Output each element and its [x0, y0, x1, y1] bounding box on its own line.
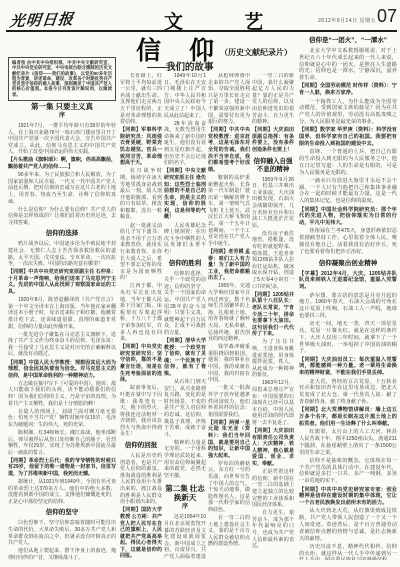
paragraph: 【同期】中国人民大学教授：理想因其远大而为理想，信念因其执着而为信念。对马克思主… — [8, 360, 116, 380]
paragraph: 1949年10月1日，毛泽东在天安门城楼上庄严宣告：中华人民共和国中央人民政府今… — [164, 73, 206, 119]
paragraph: 正是凭着这样的信仰，新中国在一穷二白的基础上建立起独立的比较完整的工业体系和国民… — [252, 469, 294, 509]
paragraph: 【同期】全国劳动模范 时传祥（资料）：宁肯一人脏，换来万家净。 — [299, 83, 397, 97]
section-heading: 第一集 只要主义真 — [8, 102, 116, 111]
paragraph: 【同期】中国社会科学院研究员：那个年代的先进人物，把信仰落实为日常的行动，平凡中… — [299, 207, 397, 227]
paragraph: 【字幕】2012年4月，大庆。1205钻井队队员来到铁人王进喜纪念馆，重温入党誓… — [299, 271, 397, 291]
paragraph: 自力更生、艰苦奋斗，成为那个年代最响亮的口号，也成为共产党人信仰最朴素的表达。 — [252, 510, 294, 550]
paragraph: 人民英雄纪念碑上铭刻着：在历次斗争中牺牲的人民英雄们永垂不朽！ — [164, 223, 206, 256]
paragraph: 【同期】中央党史研究室研究员：坚守信仰，靠的不是豪言壮语，而是在生死考验面前的选… — [120, 344, 162, 384]
paragraph: 他们从地上爬起来，揩干净身上的血迹，掩埋好同伴的尸首，又继续战斗了。 — [8, 548, 116, 560]
paragraph: 1963年12月，周恩来总理庄严宣布：中国需要的石油现在已经可以基本自给，中国人… — [252, 380, 294, 426]
paragraph: 从石库门到天安门，从兴业路到复兴路，变化的是时代场景，不变的是共产党人对信仰的忠… — [164, 379, 206, 438]
section-heading: 信仰融入自强不息的精神 — [252, 158, 294, 174]
paragraph: 【同期】北大荒博物馆讲解员：墙上这五万多个名字，都是长眠在这片黑土地上的拓荒者。… — [299, 407, 397, 427]
paragraph: 【同期】大庆油田员工：每次重温入党誓词，都能感到一种力量。老一辈用生命换来的精神… — [299, 357, 397, 377]
paragraph: 历史川流不息，精神代代相传。信仰的火炬，就这样从一代人手中传递到另一代人手中，照… — [299, 544, 397, 560]
paragraph: 一批先进分子聚集在马克思主义旗帜下，选择了共产主义作为终身奋斗的信仰。毛泽东说：… — [8, 332, 116, 358]
paragraph: 【同期】军事科学院研究员：风雨侵衣骨更硬，野菜充饥志越坚。官兵一致同甘苦，革命理… — [120, 127, 162, 167]
paragraph: 在一穷二白的土地上建设社会主义，靠的是千百万人民群众被信仰点燃的建设热情。 — [208, 515, 250, 548]
paragraph: 从枪林弹雨中走来的共产党人深知，夺取全国胜利只是万里长征走完了第一步。建设一个繁… — [208, 73, 250, 126]
paragraph: 钱学森冲破重重阻挠回到祖国。他说：我的事业在中国，我的成就在中国，我的归宿在中国… — [208, 344, 250, 384]
editor-note-box: 编者按 由中共中央组织部、中共中央文献研究室、中共中央党史研究室、中央电视台联合… — [8, 57, 116, 101]
paragraph: 一穷二白的新中国，靠什么凝聚起亿万人民的力量？靠的正是共产党人的信仰，以及由信仰… — [252, 73, 294, 126]
paragraph: 抗日战争时期，杨靖宇在冰天雪地里孤身奋战到最后一刻。敌人剖开他的腹部，看到的只有… — [120, 168, 162, 221]
paragraph: 鞍钢的高炉重新燃起火焰，长春第一汽车制造厂驶出第一辆解放牌卡车，第一架喷气式飞机… — [208, 175, 250, 248]
paragraph: 1955年，交通大学响应国家号召西迁西安。数千名师生告别繁华的上海，扎根黄土地，… — [208, 283, 250, 342]
headline-genre: （历史文献纪录片） — [220, 47, 292, 58]
paragraph: 没有房子就住地窖、搭帐篷，没有吃的就挖野菜、啃冻馍。王进喜率领1205钻井队人拉… — [252, 231, 294, 290]
paragraph: 【同期】数学家 华罗庚（资料）：科学没有国界，但科学家有自己的祖国。我要把有限的… — [299, 127, 397, 147]
paragraph: 房无一间，地无一垄，青天一顶星星亮，荒原一片篝火红。就是在这样的条件下，大庆人仅… — [299, 321, 397, 355]
masthead-logo: 光明日报 — [9, 8, 81, 30]
paragraph: 一滴水只有放进大海里才永远不会干涸，一个人只有当他把自己和集体事业融合在一起的时… — [299, 178, 397, 205]
section-heading: 信仰的胜利 — [164, 260, 206, 268]
paragraph: 1959年9月26日，松基三井喷出工业油流，大庆油田被发现。石油大会战随即展开，… — [252, 177, 294, 230]
page: 光明日报 文 艺 2012年9月14日 星期五 07 编者按 由中共中央组织部、… — [0, 0, 400, 567]
paragraph: 罗布泊的蘑菇云，东方红一号的乐曲，向世界宣告了中国人的志气。干惊天动地事，做隐姓… — [208, 461, 250, 514]
paragraph: 【同期】革命烈士后代：我的爷爷牺牲的时候只有29岁，他留下的唯一遗物是一封家书，… — [8, 458, 116, 478]
paragraph: 萨尔图，蒙古语的意思是月亮升起的地方。1960年春天，石油大会战的号角在这片荒原… — [299, 293, 397, 320]
paragraph: 28年浴血奋战，无数先烈用生命换来了新中国的诞生。他们没有看到五星红旗升起，但历… — [164, 121, 206, 167]
page-date: 2012年9月14日 星期五 — [318, 17, 376, 24]
paragraph: 一批又一批海外学子放弃优越条件回国效力，他们怀着同样的信念：祖国需要我们。 — [208, 385, 250, 418]
paragraph: 1921年7月，一群平均年龄只有28岁的年轻人，在上海兴业路76号一栋石库门楼房… — [8, 123, 116, 156]
paragraph: 鸦片战争以后，中国逐步沦为半殖民地半封建社会，无数仁人志士苦苦探求救国救民的道路… — [8, 241, 116, 267]
paragraph: 【同期】中共中央党史研究室原副主任 石仲泉：十月革命一声炮响，给我们送来了马克思… — [8, 269, 116, 295]
middle-column-1: 长征路上，红军将士平均每前进一公里，就有三四名战士献出生命。支撑他们走完两万五千… — [120, 73, 162, 560]
section-heading: 第二集 壮志换新天 — [164, 484, 206, 502]
paragraph: 【同期】清华大学教授：一个政党有了信仰，就有了灵魂；一个民族有了信仰，就有了脊梁… — [164, 338, 206, 378]
paragraph: 【同期】两弹一星元勋 朱光亚（资料）：我们当年回国，就是要用自己的知识，让新中国… — [208, 420, 250, 460]
middle-column-4: 一穷二白的新中国，靠什么凝聚起亿万人民的力量？靠的正是共产党人的信仰，以及由信仰… — [252, 73, 294, 560]
paragraph: 白色恐怖下，坚守信仰意味着随时可能付出生命的代价。大革命失败后，30多万共产党人… — [8, 520, 116, 546]
section-heading: 信仰的坚守 — [8, 509, 116, 517]
paragraph: 90多年来，为了民族独立和人民解放，为了国家富强和人民幸福，一代又一代中国共产党… — [8, 172, 116, 205]
editor-note: 编者按 由中共中央组织部、中共中央文献研究室、中共中央党史研究室、中央电视台联合… — [12, 60, 112, 97]
paragraph: 赵一曼就义前给儿子写下遗书：母亲不用千言万语来教育你，就用实行来教育你。在你长大… — [120, 223, 162, 282]
right-column: 信仰是“一团火”、“一潭水”北京大学中文系教授谢冕说，对于上世纪五六十年代成长起… — [299, 33, 397, 560]
paragraph: 一个掏粪工人，为什么能成为全国劳动模范，受到国家主席的接见？因为在共产党人的价值… — [299, 99, 397, 126]
section-heading: 信仰是“一团火”、“一潭水” — [299, 37, 397, 45]
paragraph: 精神的力量是无穷的。一个用科学理论武装起来、用崇高信仰凝聚起来的政党，必然无坚不… — [164, 440, 206, 480]
paragraph: 在敌人的刑场上，刘胡兰面对铡刀毫无惧色：怕死不当共产党！牺牲时她年仅15岁。毛泽… — [8, 409, 116, 429]
paragraph: 皖南事变后，叶挺在狱中写下囚歌：我希望有一天，地下的烈火，将我连这活棺材一齐烧掉… — [120, 385, 162, 438]
paragraph: 北大荒，曾经的亘古荒原。十万转业官兵和知识青年在这里屯垦戍边，把北大荒变成了北大… — [299, 379, 397, 406]
paragraph: 信仰不是抽象的概念，它体现在每一个共产党员的具体行动中。在建设年代，信仰就是多打… — [299, 458, 397, 485]
paragraph: 【同期】1205钻井队第十八任队长：老队长常说，宁肯少活二十年，拼命也要拿下大油… — [252, 292, 294, 338]
section-heading: 信仰的回报 — [120, 442, 162, 450]
paragraph: 这是1954年10月在北京展览馆开幕的苏联经济及文化建设成就展览会。新中国成立之… — [164, 514, 206, 560]
paragraph: 【同期】老劳模 孟泰：咱们工人有力量！为了新中国的工业，我把命都豁出去了。 — [208, 249, 250, 282]
paragraph: 方志敏在狱中写下《可爱的中国》。他说：敌人只能砍下我们的头颅，决不能动摇我们的信… — [8, 381, 116, 407]
section-heading: 信仰凝聚出创业精神 — [299, 260, 397, 268]
paragraph: 【同期】国防大学教授 公方彬：共产党人把人民写在自己的旗帜上，人民就把共产党高高… — [120, 507, 162, 560]
paragraph: 长征路上，红军将士平均每前进一公里，就有三四名战士献出生命。支撑他们走完两万五千… — [120, 73, 162, 126]
middle-column-2: 1949年10月1日，毛泽东在天安门城楼上庄严宣告：中华人民共和国中央人民政府今… — [164, 73, 206, 560]
paragraph: 【片头歌曲《旗帜颂》：啊，旗帜，你高高飘扬，飘扬着共产党人的信仰……】 — [8, 157, 116, 170]
headline-subtitle: ——我们的故事 — [147, 59, 214, 73]
paragraph: 【同期】中央文献研究室原主任 逄先知：这些烈士临刑前想的不是自己的生命，而是主义… — [164, 168, 206, 221]
paragraph: 北京大学中文系教授谢冕说，对于上世纪五六十年代成长起来的一代人来说，信仰就是心中… — [299, 48, 397, 82]
paragraph: 陈树湘，红34师师长。湘江血战，他率部断后，弹尽被俘后从伤口处绞断自己的肠子，壮… — [8, 430, 116, 456]
paragraph: 雷锋，一个普通的士兵，把自己有限的生命投入到无限的为人民服务之中。他在日记里写道… — [299, 149, 397, 176]
paragraph: 【同期】大庆油田有限责任公司负责人：大庆精神、铁人精神，核心就是爱国、创业、求实… — [252, 428, 294, 468]
paragraph: 江西于都，中央红军长征出发地。当年于都人民拆下自家门板、床板帮红军架起浮桥，十万… — [120, 283, 162, 342]
left-column: 第一集 只要主义真序1921年7月，一群平均年龄只有28岁的年轻人，在上海兴业路… — [8, 97, 116, 560]
paragraph: 信仰的选择，关乎一个政党的前途；信仰的坚守，关乎一个国家的命运。中国共产党人用2… — [164, 271, 206, 337]
section-heading: 信仰的选择 — [8, 230, 116, 238]
section-heading: 序 — [164, 504, 206, 511]
paragraph: 【同期】中共中央党史研究室专家：创业精神是信仰在建设时期的集中体现，它让一个古老… — [299, 487, 397, 507]
paragraph: 据统计，从1921年到1949年，全国有名可查的革命烈士达370多万人。他们中的… — [8, 479, 116, 505]
middle-column-3: 从枪林弹雨中走来的共产党人深知，夺取全国胜利只是万里长征走完了第一步。建设一个繁… — [208, 73, 250, 560]
paragraph: 人民是历史的创造者，也是共产党人信仰的源泉。淮海战役的胜利是人民群众用小车推出来… — [120, 453, 162, 506]
paragraph: 从大庆到北大荒，从红旗渠到成昆铁路，共产党人带领人民创造了一个又一个人间奇迹。奇… — [299, 508, 397, 542]
paragraph: 红旗渠，太行山上的人工天河。林县人民苦战十年，削平1250座山头，凿通211个隧… — [299, 429, 397, 456]
paragraph: 什么是信仰？为什么要有信仰？共产党人的信仰是怎样炼成的？让我们沿着历史的足迹，去… — [8, 207, 116, 227]
section-heading: 序 — [8, 113, 116, 120]
paragraph: 【同期】大庆油田原副总指挥：有条件要上，没有条件创造条件也要上！ — [252, 127, 294, 153]
page-number: 07 — [377, 6, 397, 27]
paragraph: 1920年8月，陈望道翻译的《共产党宣言》第一个中文全译本在上海出版。当年他在家… — [8, 297, 116, 330]
paragraph: 【同期】中共中央党校教授：进京赶考，这是毛泽东对全党的告诫。我们决不当李自成，我… — [208, 127, 250, 173]
paragraph: 焦裕禄在兰考475天，身患肝癌依旧忍着剧痛坚持工作，心里装着全体人民，唯独没有他… — [299, 228, 397, 255]
paragraph: 为了压住井喷，王进喜纵身跳进泥浆池，用身体搅拌泥浆。铁人，从此成为一种精神的象征… — [252, 339, 294, 379]
newspaper-page: { "colors": { "paper": "#fbfaf6", "ink":… — [0, 0, 400, 567]
